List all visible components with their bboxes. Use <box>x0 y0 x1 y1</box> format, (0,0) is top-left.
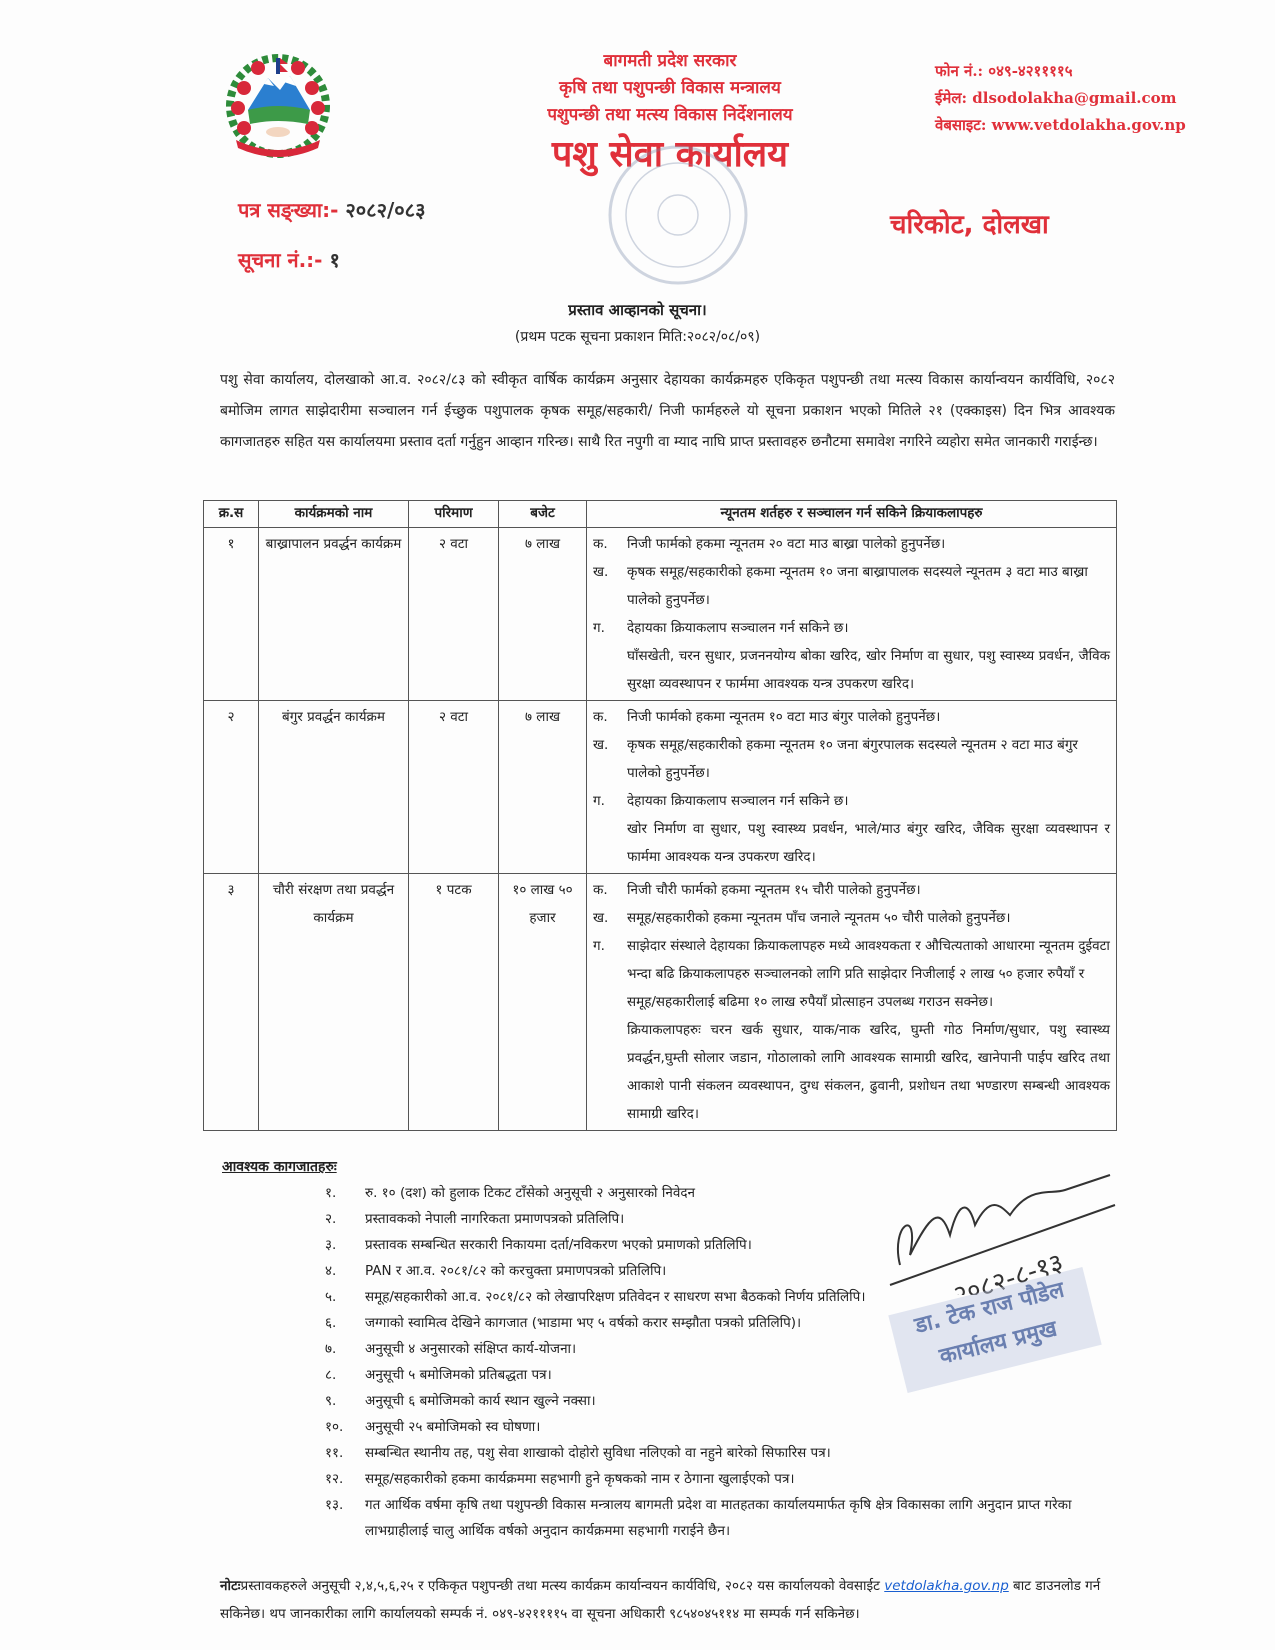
serial-cell: १ <box>204 528 259 701</box>
ministry-name: कृषि तथा पशुपन्छी विकास मन्त्रालय <box>480 75 860 102</box>
condition-key: ख. <box>593 904 627 932</box>
item-text: सम्बन्धित स्थानीय तह, पशु सेवा शाखाको दो… <box>365 1440 831 1466</box>
serial-cell: २ <box>204 701 259 874</box>
condition-text: निजी चौरी फार्मको हकमा न्यूनतम १५ चौरी प… <box>627 876 1110 904</box>
notice-number: सूचना नं.:- १ <box>238 246 340 273</box>
condition-item: क.निजी फार्मको हकमा न्यूनतम १० वटा माउ ब… <box>593 703 1110 731</box>
item-text: रु. १० (दश) को हुलाक टिकट टाँसेको अनुसूच… <box>365 1180 695 1206</box>
condition-text: समूह/सहकारीको हकमा न्यूनतम पाँच जनाले न्… <box>627 904 1110 932</box>
condition-key: ग. <box>593 932 627 1016</box>
col-serial: क्र.स <box>204 501 259 528</box>
letter-number-label: पत्र सङ्ख्या:- <box>238 198 338 222</box>
note-label: नोटः <box>220 1578 241 1594</box>
item-number: १. <box>325 1180 365 1206</box>
condition-text: निजी फार्मको हकमा न्यूनतम २० वटा माउ बाख… <box>627 530 1110 558</box>
letter-number: पत्र सङ्ख्या:- २०८२/०८३ <box>238 196 425 223</box>
nepal-emblem-icon <box>222 48 334 160</box>
condition-item: क.निजी चौरी फार्मको हकमा न्यूनतम १५ चौरी… <box>593 876 1110 904</box>
note-paragraph: नोटःप्रस्तावकहरुले अनुसूची २,४,५,६,२५ र … <box>220 1572 1120 1628</box>
item-number: ५. <box>325 1284 365 1310</box>
email-address: ईमेल: dlsodolakha@gmail.com <box>935 85 1186 112</box>
col-conditions: न्यूनतम शर्तहरु र सञ्चालन गर्न सकिने क्र… <box>587 501 1117 528</box>
condition-key: ग. <box>593 614 627 642</box>
condition-key: ख. <box>593 558 627 614</box>
note-text-before: प्रस्तावकहरुले अनुसूची २,४,५,६,२५ र एकिक… <box>241 1578 885 1594</box>
condition-text: साझेदार संस्थाले देहायका क्रियाकलापहरु म… <box>627 932 1110 1016</box>
budget-cell: ७ लाख <box>499 701 587 874</box>
item-number: १२. <box>325 1466 365 1492</box>
quantity-cell: २ वटा <box>409 528 499 701</box>
conditions-cell: क.निजी फार्मको हकमा न्यूनतम २० वटा माउ ब… <box>587 528 1117 701</box>
condition-item: ख.समूह/सहकारीको हकमा न्यूनतम पाँच जनाले … <box>593 904 1110 932</box>
table-row: १बाख्रापालन प्रवर्द्धन कार्यक्रम२ वटा७ ल… <box>204 528 1117 701</box>
budget-cell: ७ लाख <box>499 528 587 701</box>
activities-text: घाँसखेती, चरन सुधार, प्रजननयोग्य बोका खर… <box>593 642 1110 698</box>
item-number: ९. <box>325 1388 365 1414</box>
website-address: वेबसाइट: www.vetdolakha.gov.np <box>935 112 1186 139</box>
item-number: १३. <box>325 1492 365 1544</box>
item-text: गत आर्थिक वर्षमा कृषि तथा पशुपन्छी विकास… <box>365 1492 1125 1544</box>
item-number: ६. <box>325 1310 365 1336</box>
list-item: ९.अनुसूची ६ बमोजिमको कार्य स्थान खुल्ने … <box>325 1388 1125 1414</box>
condition-text: कृषक समूह/सहकारीको हकमा न्यूनतम १० जना ब… <box>627 558 1110 614</box>
item-number: २. <box>325 1206 365 1232</box>
table-row: ३चौरी संरक्षण तथा प्रवर्द्धन कार्यक्रम१ … <box>204 874 1117 1131</box>
condition-item: क.निजी फार्मको हकमा न्यूनतम २० वटा माउ ब… <box>593 530 1110 558</box>
condition-text: कृषक समूह/सहकारीको हकमा न्यूनतम १० जना ब… <box>627 731 1110 787</box>
item-text: प्रस्तावक सम्बन्धित सरकारी निकायमा दर्ता… <box>365 1232 752 1258</box>
condition-text: देहायका क्रियाकलाप सञ्चालन गर्न सकिने छ। <box>627 614 1110 642</box>
notice-page: बागमती प्रदेश सरकार कृषि तथा पशुपन्छी वि… <box>0 0 1275 1650</box>
condition-item: ख.कृषक समूह/सहकारीको हकमा न्यूनतम १० जना… <box>593 558 1110 614</box>
notice-subtitle: (प्रथम पटक सूचना प्रकाशन मिति:२०८२/०८/०९… <box>0 327 1275 346</box>
condition-key: ख. <box>593 731 627 787</box>
col-quantity: परिमाण <box>409 501 499 528</box>
item-number: ४. <box>325 1258 365 1284</box>
letter-number-value: २०८२/०८३ <box>345 198 425 222</box>
list-item: १०.अनुसूची २५ बमोजिमको स्व घोषणा। <box>325 1414 1125 1440</box>
item-text: अनुसूची २५ बमोजिमको स्व घोषणा। <box>365 1414 540 1440</box>
serial-cell: ३ <box>204 874 259 1131</box>
activities-text: खोर निर्माण वा सुधार, पशु स्वास्थ्य प्रव… <box>593 815 1110 871</box>
item-text: PAN र आ.व. २०८१/८२ को करचुक्ता प्रमाणपत्… <box>365 1258 666 1284</box>
item-text: अनुसूची ६ बमोजिमको कार्य स्थान खुल्ने नक… <box>365 1388 596 1414</box>
item-number: ७. <box>325 1336 365 1362</box>
col-program-name: कार्यक्रमको नाम <box>259 501 409 528</box>
directorate-name: पशुपन्छी तथा मत्स्य विकास निर्देशनालय <box>480 102 860 129</box>
condition-item: ख.कृषक समूह/सहकारीको हकमा न्यूनतम १० जना… <box>593 731 1110 787</box>
notice-intro: पशु सेवा कार्यालय, दोलखाको आ.व. २०८२/८३ … <box>220 365 1115 458</box>
list-item: ११.सम्बन्धित स्थानीय तह, पशु सेवा शाखाको… <box>325 1440 1125 1466</box>
notice-number-label: सूचना नं.:- <box>238 248 322 272</box>
item-text: जग्गाको स्वामित्व देखिने कागजात (भाडामा … <box>365 1310 801 1336</box>
item-text: समूह/सहकारीको आ.व. २०८१/८२ को लेखापरिक्ष… <box>365 1284 865 1310</box>
budget-cell: १० लाख ५० हजार <box>499 874 587 1131</box>
item-number: ८. <box>325 1362 365 1388</box>
website-link[interactable]: vetdolakha.gov.np <box>884 1578 1009 1594</box>
item-text: अनुसूची ५ बमोजिमको प्रतिबद्धता पत्र। <box>365 1362 552 1388</box>
condition-text: देहायका क्रियाकलाप सञ्चालन गर्न सकिने छ। <box>627 787 1110 815</box>
item-number: ३. <box>325 1232 365 1258</box>
item-text: समूह/सहकारीको हकमा कार्यक्रममा सहभागी हु… <box>365 1466 795 1492</box>
notice-number-value: १ <box>329 248 339 272</box>
condition-key: क. <box>593 876 627 904</box>
notice-title: प्रस्ताव आव्हानको सूचना। <box>0 300 1275 320</box>
office-location: चरिकोट, दोलखा <box>890 205 1049 241</box>
program-name-cell: चौरी संरक्षण तथा प्रवर्द्धन कार्यक्रम <box>259 874 409 1131</box>
office-seal-icon <box>588 140 768 290</box>
table-header-row: क्र.स कार्यक्रमको नाम परिमाण बजेट न्यूनत… <box>204 501 1117 528</box>
list-item: १३.गत आर्थिक वर्षमा कृषि तथा पशुपन्छी वि… <box>325 1492 1125 1544</box>
item-text: प्रस्तावकको नेपाली नागरिकता प्रमाणपत्रको… <box>365 1206 624 1232</box>
program-name-cell: बंगुर प्रवर्द्धन कार्यक्रम <box>259 701 409 874</box>
item-text: अनुसूची ४ अनुसारको संक्षिप्त कार्य-योजना… <box>365 1336 576 1362</box>
condition-item: ग.देहायका क्रियाकलाप सञ्चालन गर्न सकिने … <box>593 787 1110 815</box>
conditions-cell: क.निजी फार्मको हकमा न्यूनतम १० वटा माउ ब… <box>587 701 1117 874</box>
contact-block: फोन नं.: ०४९-४२११११५ ईमेल: dlsodolakha@g… <box>935 58 1186 139</box>
condition-key: ग. <box>593 787 627 815</box>
condition-item: ग.साझेदार संस्थाले देहायका क्रियाकलापहरु… <box>593 932 1110 1016</box>
quantity-cell: २ वटा <box>409 701 499 874</box>
item-number: १०. <box>325 1414 365 1440</box>
item-number: ११. <box>325 1440 365 1466</box>
condition-item: ग.देहायका क्रियाकलाप सञ्चालन गर्न सकिने … <box>593 614 1110 642</box>
condition-key: क. <box>593 530 627 558</box>
phone-number: फोन नं.: ०४९-४२११११५ <box>935 58 1186 85</box>
province-government: बागमती प्रदेश सरकार <box>480 48 860 75</box>
condition-text: निजी फार्मको हकमा न्यूनतम १० वटा माउ बंग… <box>627 703 1110 731</box>
condition-key: क. <box>593 703 627 731</box>
quantity-cell: १ पटक <box>409 874 499 1131</box>
program-name-cell: बाख्रापालन प्रवर्द्धन कार्यक्रम <box>259 528 409 701</box>
programs-table: क्र.स कार्यक्रमको नाम परिमाण बजेट न्यूनत… <box>203 500 1117 1131</box>
col-budget: बजेट <box>499 501 587 528</box>
required-documents-title: आवश्यक कागजातहरुः <box>222 1157 337 1176</box>
table-row: २बंगुर प्रवर्द्धन कार्यक्रम२ वटा७ लाखक.न… <box>204 701 1117 874</box>
activities-text: क्रियाकलापहरुः चरन खर्क सुधार, याक/नाक ख… <box>593 1016 1110 1128</box>
list-item: १२.समूह/सहकारीको हकमा कार्यक्रममा सहभागी… <box>325 1466 1125 1492</box>
conditions-cell: क.निजी चौरी फार्मको हकमा न्यूनतम १५ चौरी… <box>587 874 1117 1131</box>
